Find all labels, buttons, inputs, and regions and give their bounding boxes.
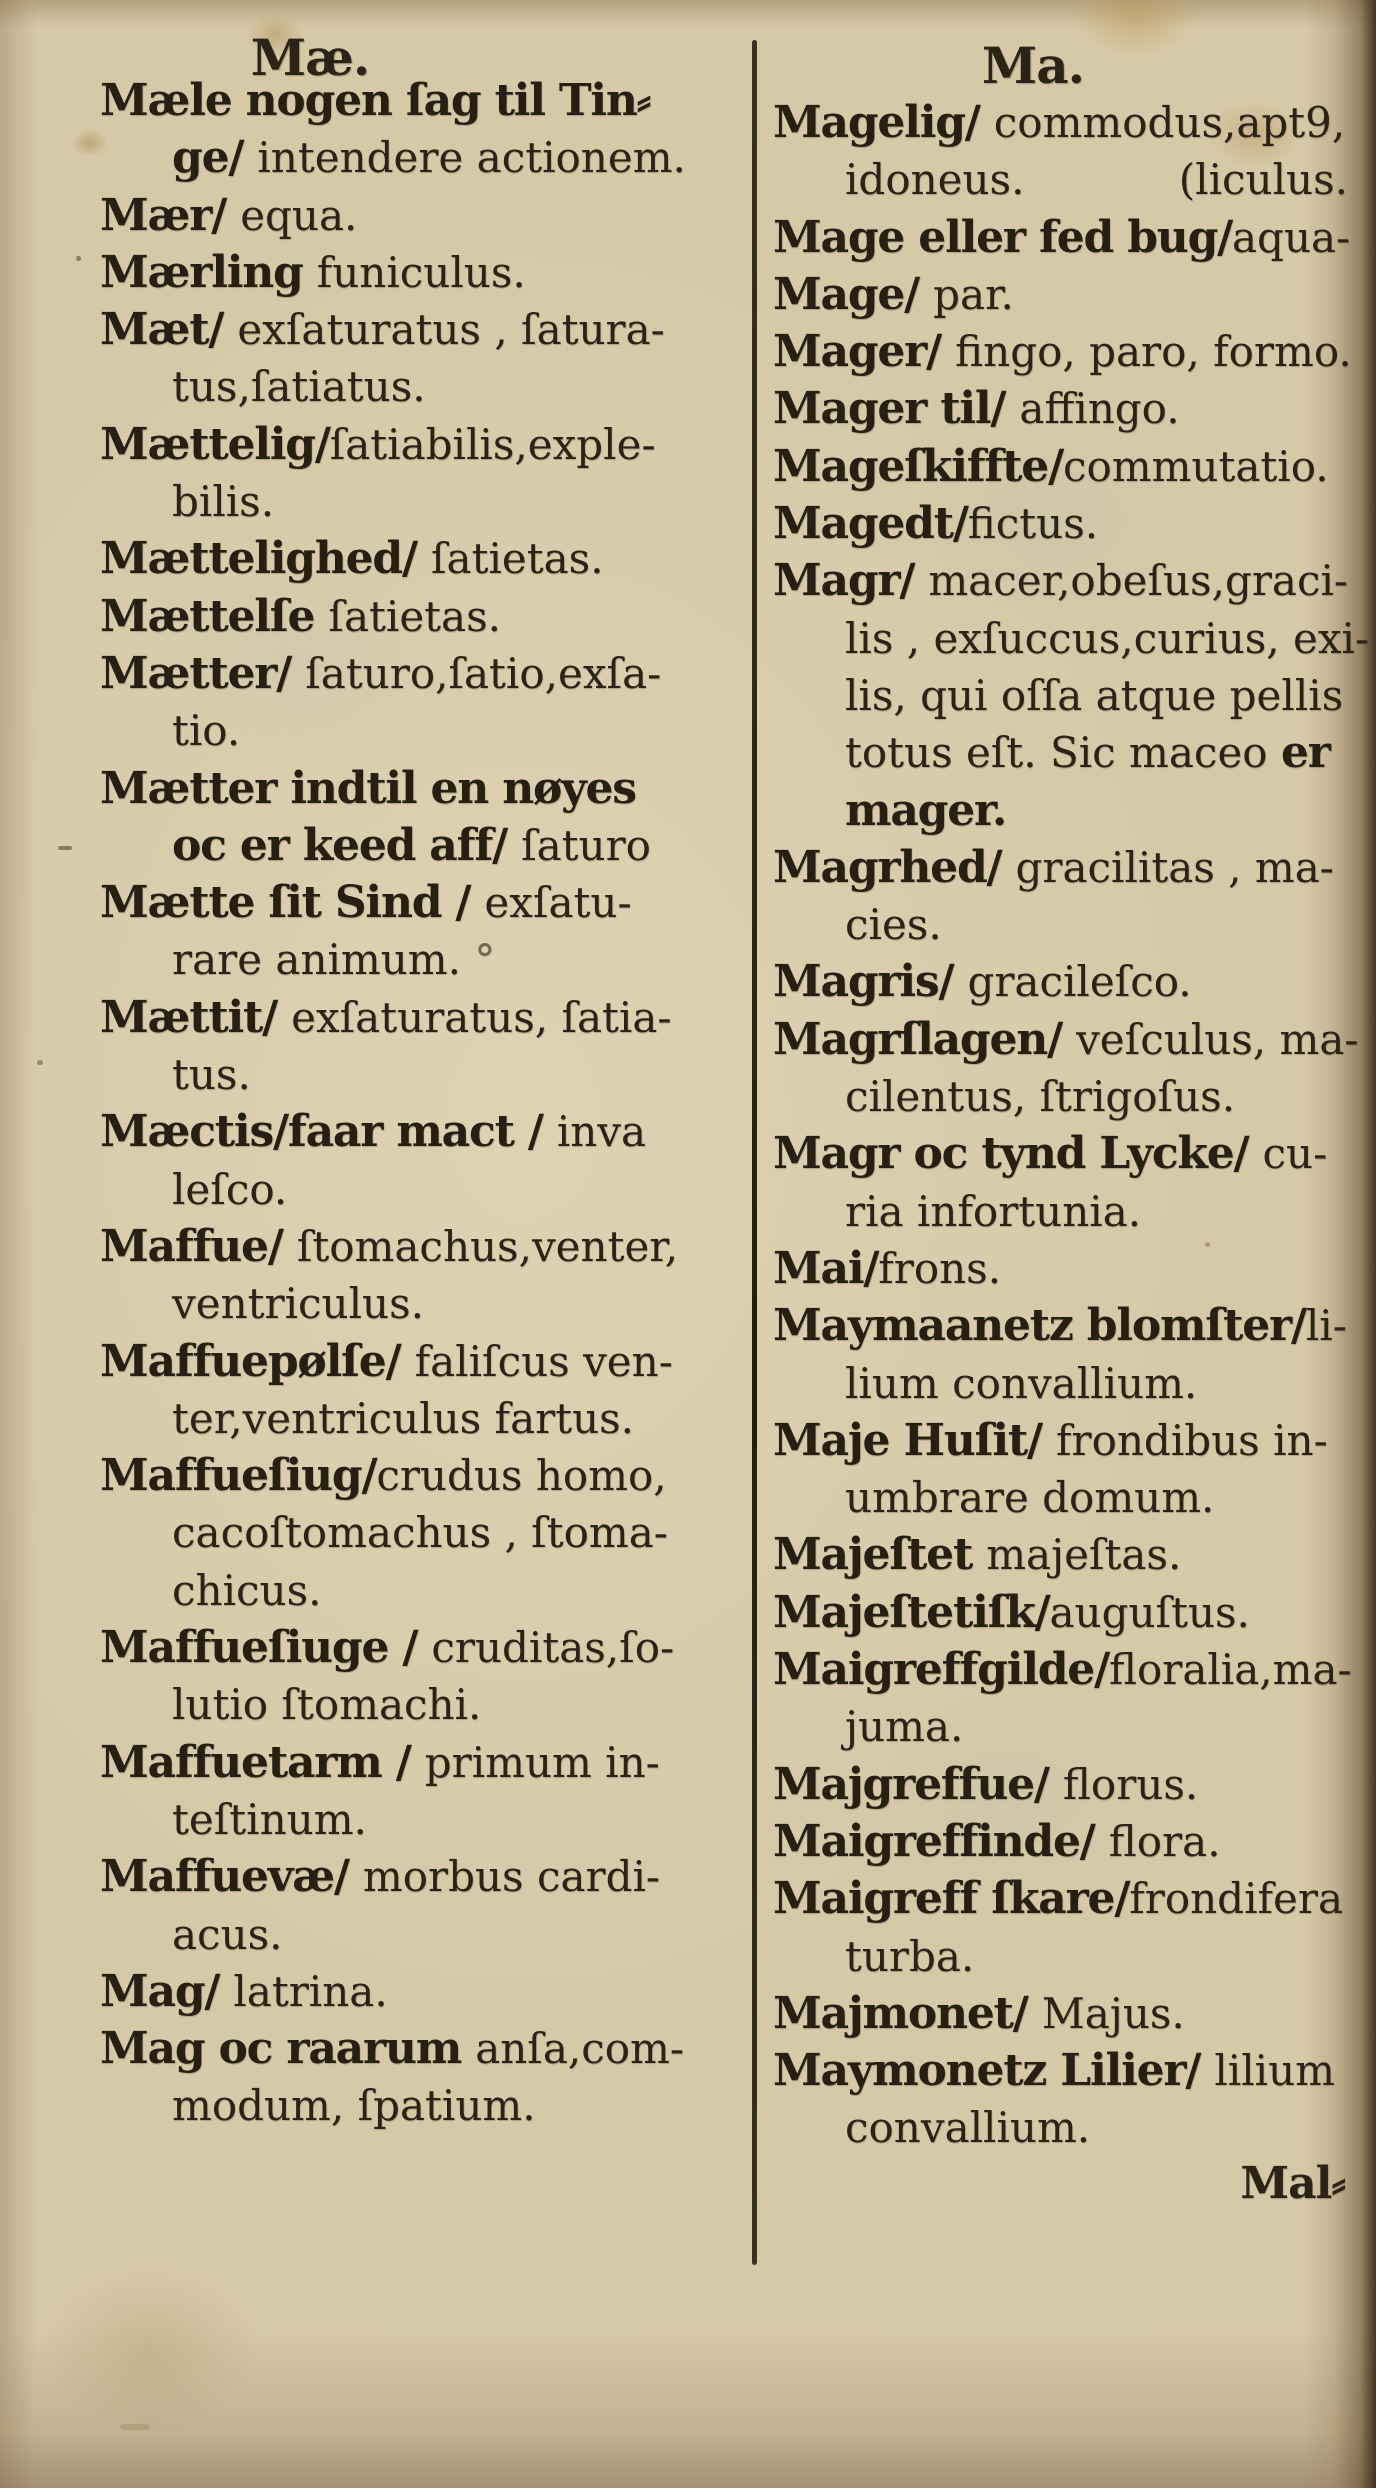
dict-line: Maigreffgilde/floralia,ma- bbox=[773, 1641, 1350, 1698]
dict-line: Maffueſiug/crudus homo, bbox=[100, 1447, 750, 1504]
latin-text: ſatiabilis,exple- bbox=[330, 420, 656, 469]
headword-text: Mættelighed/ bbox=[100, 533, 431, 584]
dict-line: Maffuepølſe/ faliſcus ven- bbox=[100, 1333, 750, 1390]
dict-line: Magelig/ commodus,apt9, bbox=[773, 94, 1350, 151]
dict-line: Maje Huſit/ frondibus in- bbox=[773, 1412, 1350, 1469]
headword-text: Maffuetarm / bbox=[100, 1737, 425, 1788]
headword-text: Maigreffgilde/ bbox=[773, 1644, 1109, 1695]
headword-text: Mai/ bbox=[773, 1243, 878, 1294]
latin-text: ſaturo,ſatio,exſa- bbox=[305, 649, 661, 698]
dict-line: totus eſt. Sic maceo er bbox=[773, 724, 1350, 781]
dict-line: Mag/ latrina. bbox=[100, 1963, 750, 2020]
latin-text: totus eſt. Sic maceo bbox=[845, 728, 1281, 777]
headword-text: Maigreffinde/ bbox=[773, 1816, 1109, 1867]
dict-line: mager. bbox=[773, 782, 1350, 839]
dict-line: Mætte ſit Sind / exſatu- bbox=[100, 874, 750, 931]
latin-text: frondifera bbox=[1129, 1874, 1343, 1923]
dict-line: Magr oc tynd Lycke/ cu- bbox=[773, 1125, 1350, 1182]
dict-line: cies. bbox=[773, 896, 1350, 953]
dict-line: Majeſtet majeſtas. bbox=[773, 1526, 1350, 1583]
dict-line: Mættelſe ſatietas. bbox=[100, 588, 750, 645]
latin-text: umbrare domum. bbox=[845, 1473, 1214, 1522]
latin-text: commodus,apt9, bbox=[994, 98, 1345, 147]
headword-text: Magr/ bbox=[773, 555, 928, 606]
dict-line: leſco. bbox=[100, 1161, 750, 1218]
headword-text: Mætter/ bbox=[100, 648, 305, 699]
latin-text: chicus. bbox=[172, 1566, 321, 1615]
dict-line: Magedt/fictus. bbox=[773, 495, 1350, 552]
dict-line: tio. bbox=[100, 702, 750, 759]
latin-text: lis , exſuccus,curius, exi- bbox=[845, 614, 1369, 663]
latin-text: florus. bbox=[1063, 1760, 1198, 1809]
latin-text: tio. bbox=[172, 706, 240, 755]
headword-text: Mættelſe bbox=[100, 591, 328, 642]
headword-text: Magedt/ bbox=[773, 498, 968, 549]
dict-line: lutio ſtomachi. bbox=[100, 1676, 750, 1733]
latin-text: funiculus. bbox=[317, 248, 526, 297]
headword-text: Maffue/ bbox=[100, 1221, 297, 1272]
dict-line: Mæt/ exſaturatus , ſatura- bbox=[100, 301, 750, 358]
latin-text: li- bbox=[1306, 1301, 1347, 1350]
latin-text: ventriculus. bbox=[172, 1279, 424, 1328]
latin-text: auguſtus. bbox=[1050, 1588, 1250, 1637]
dict-line: rare animum. ° bbox=[100, 931, 750, 988]
headword-text: Mætter indtil en nøyes bbox=[100, 763, 636, 814]
dict-line: Magrſlagen/ veſculus, ma- bbox=[773, 1011, 1350, 1068]
catchword-text: Mal⸗ bbox=[1240, 2158, 1345, 2209]
latin-text: exſaturatus, ſatia- bbox=[291, 993, 671, 1042]
headword-text: Magris/ bbox=[773, 956, 967, 1007]
dict-line: lis, qui oſſa atque pellis bbox=[773, 667, 1350, 724]
latin-text: ſtomachus,venter, bbox=[297, 1222, 678, 1271]
latin-text: ria infortunia. bbox=[845, 1187, 1141, 1236]
latin-text: gracilitas , ma- bbox=[1016, 843, 1334, 892]
dict-line: Mætter/ ſaturo,ſatio,exſa- bbox=[100, 645, 750, 702]
dict-line: Mær/ equa. bbox=[100, 187, 750, 244]
dict-line: Maffuevæ/ morbus cardi- bbox=[100, 1848, 750, 1905]
dict-line: umbrare domum. bbox=[773, 1469, 1350, 1526]
headword-text: Mæt/ bbox=[100, 304, 237, 355]
headword-text: er bbox=[1281, 727, 1330, 778]
headword-text: Maigreff ſkare/ bbox=[773, 1873, 1129, 1924]
dict-line: cacoſtomachus , ſtoma- bbox=[100, 1504, 750, 1561]
column-header-right: Ma. bbox=[773, 36, 1293, 96]
latin-text: cilentus, ſtrigoſus. bbox=[845, 1072, 1235, 1121]
dict-line: Mager til/ affingo. bbox=[773, 380, 1350, 437]
latin-text: convallium. bbox=[845, 2103, 1090, 2152]
headword-text: Maffueſiuge / bbox=[100, 1622, 431, 1673]
headword-text: Mager til/ bbox=[773, 383, 1019, 434]
dict-line: turba. bbox=[773, 1928, 1350, 1985]
headword-text: Magr oc tynd Lycke/ bbox=[773, 1128, 1263, 1179]
ink-speck bbox=[1205, 1242, 1210, 1247]
headword-text: Mæctis/faar mact / bbox=[100, 1106, 557, 1157]
dict-line: convallium. bbox=[773, 2099, 1350, 2156]
latin-text: ° bbox=[461, 935, 495, 984]
dict-line: acus. bbox=[100, 1906, 750, 1963]
dict-line: ter,ventriculus fartus. bbox=[100, 1390, 750, 1447]
latin-text: ſatietas. bbox=[328, 592, 501, 641]
dict-line: Mættelighed/ ſatietas. bbox=[100, 530, 750, 587]
headword-text: Maymaanetz blomſter/ bbox=[773, 1300, 1306, 1351]
dict-line: Magrhed/ gracilitas , ma- bbox=[773, 839, 1350, 896]
headword-text: Majgreffue/ bbox=[773, 1759, 1063, 1810]
headword-text: mager. bbox=[845, 785, 1006, 836]
dict-line: Mageſkiffte/commutatio. bbox=[773, 438, 1350, 495]
latin-text: commutatio. bbox=[1063, 442, 1329, 491]
latin-text: Majus. bbox=[1042, 1989, 1185, 2038]
latin-text: tus,ſatiatus. bbox=[172, 362, 426, 411]
latin-text: anſa,com- bbox=[475, 2024, 684, 2073]
dict-line: Majeſtetiſk/auguſtus. bbox=[773, 1584, 1350, 1641]
latin-text: morbus cardi- bbox=[363, 1852, 660, 1901]
dict-line: Magr/ macer,obeſus,graci- bbox=[773, 552, 1350, 609]
headword-text: Mætte ſit Sind / bbox=[100, 877, 484, 928]
dict-line: Maffueſiuge / cruditas,ſo- bbox=[100, 1619, 750, 1676]
dict-line: Mage eller fed bug/aqua- bbox=[773, 209, 1350, 266]
headword-text: Majeſtet bbox=[773, 1529, 986, 1580]
latin-text: lium convallium. bbox=[845, 1359, 1197, 1408]
ink-speck bbox=[76, 256, 81, 261]
latin-text: affingo. bbox=[1019, 384, 1179, 433]
latin-text: aqua- bbox=[1232, 213, 1350, 262]
latin-text: acus. bbox=[172, 1910, 283, 1959]
dict-line: ria infortunia. bbox=[773, 1183, 1350, 1240]
latin-text: ter,ventriculus fartus. bbox=[172, 1394, 634, 1443]
latin-text: cruditas,ſo- bbox=[431, 1623, 674, 1672]
dict-line: Majmonet/ Majus. bbox=[773, 1985, 1350, 2042]
dict-line: Mættelig/ſatiabilis,exple- bbox=[100, 416, 750, 473]
latin-text: exſaturatus , ſatura- bbox=[237, 305, 665, 354]
latin-text: leſco. bbox=[172, 1165, 287, 1214]
latin-text: tus. bbox=[172, 1050, 251, 1099]
ink-speck bbox=[58, 846, 72, 850]
dict-line: modum, ſpatium. bbox=[100, 2077, 750, 2134]
latin-text: cies. bbox=[845, 900, 942, 949]
latin-text: frons. bbox=[878, 1244, 1001, 1293]
right-column: Magelig/ commodus,apt9,idoneus.(liculus.… bbox=[773, 94, 1350, 2157]
latin-text: bilis. bbox=[172, 477, 274, 526]
latin-text: crudus homo, bbox=[376, 1451, 666, 1500]
headword-text: Mager/ bbox=[773, 326, 955, 377]
dict-line: idoneus.(liculus. bbox=[773, 151, 1350, 208]
latin-text: turba. bbox=[845, 1932, 974, 1981]
dict-line: Maymaanetz blomſter/li- bbox=[773, 1297, 1350, 1354]
ink-speck bbox=[120, 2424, 150, 2430]
latin-text: flora. bbox=[1109, 1817, 1221, 1866]
latin-text: equa. bbox=[240, 191, 357, 240]
latin-text: exſatu- bbox=[484, 878, 631, 927]
headword-text: Maje Huſit/ bbox=[773, 1415, 1056, 1466]
latin-text: ſaturo bbox=[521, 821, 651, 870]
latin-text: fictus. bbox=[968, 499, 1098, 548]
dict-line: bilis. bbox=[100, 473, 750, 530]
headword-text: Maffuevæ/ bbox=[100, 1851, 363, 1902]
headword-text: Mage/ bbox=[773, 269, 933, 320]
scanned-page: Mæ. Ma. Mæle nogen ſag til Tin⸗ge/ inten… bbox=[0, 0, 1376, 2488]
latin-text: macer,obeſus,graci- bbox=[928, 556, 1348, 605]
headword-text: Maffuepølſe/ bbox=[100, 1336, 415, 1387]
headword-text: Mærling bbox=[100, 247, 317, 298]
dict-line: Maffue/ ſtomachus,venter, bbox=[100, 1218, 750, 1275]
headword-text: Mæle nogen ſag til Tin⸗ bbox=[100, 75, 650, 126]
latin-text: veſculus, ma- bbox=[1076, 1015, 1359, 1064]
dict-line: Mættit/ exſaturatus, ſatia- bbox=[100, 989, 750, 1046]
dict-line: tus. bbox=[100, 1046, 750, 1103]
dict-line: teſtinum. bbox=[100, 1791, 750, 1848]
latin-text: teſtinum. bbox=[172, 1795, 367, 1844]
dict-line: Maigreff ſkare/frondifera bbox=[773, 1870, 1350, 1927]
dict-line: Mætter indtil en nøyes bbox=[100, 760, 750, 817]
latin-text: idoneus. bbox=[845, 155, 1024, 204]
dict-line: Mæle nogen ſag til Tin⸗ bbox=[100, 72, 750, 129]
dict-line: lis , exſuccus,curius, exi- bbox=[773, 610, 1350, 667]
headword-text: Magrſlagen/ bbox=[773, 1014, 1076, 1065]
left-column: Mæle nogen ſag til Tin⸗ge/ intendere act… bbox=[100, 72, 750, 2135]
headword-text: Magrhed/ bbox=[773, 842, 1016, 893]
latin-text: inva bbox=[557, 1107, 646, 1156]
dict-line: Mage/ par. bbox=[773, 266, 1350, 323]
latin-text: par. bbox=[933, 270, 1014, 319]
headword-text: Mag oc raarum bbox=[100, 2023, 475, 2074]
latin-text: latrina. bbox=[233, 1967, 387, 2016]
dict-line: ventriculus. bbox=[100, 1275, 750, 1332]
dict-line: lium convallium. bbox=[773, 1355, 1350, 1412]
latin-text: primum in- bbox=[425, 1738, 660, 1787]
dict-line: Mai/frons. bbox=[773, 1240, 1350, 1297]
latin-text: fingo, paro, formo. bbox=[955, 327, 1352, 376]
headword-text: Magelig/ bbox=[773, 97, 994, 148]
latin-text: juma. bbox=[845, 1702, 963, 1751]
latin-text: faliſcus ven- bbox=[415, 1337, 673, 1386]
latin-text: (liculus. bbox=[1179, 151, 1348, 208]
headword-text: Majmonet/ bbox=[773, 1988, 1042, 2039]
dict-line: chicus. bbox=[100, 1562, 750, 1619]
latin-text: majeſtas. bbox=[986, 1530, 1181, 1579]
dict-line: Mager/ fingo, paro, formo. bbox=[773, 323, 1350, 380]
headword-text: Maffueſiug/ bbox=[100, 1450, 376, 1501]
dict-line: ge/ intendere actionem. bbox=[100, 129, 750, 186]
headword-text: Mageſkiffte/ bbox=[773, 441, 1063, 492]
latin-text: modum, ſpatium. bbox=[172, 2081, 536, 2130]
column-divider-rule bbox=[752, 40, 757, 2265]
dict-line: Mæctis/faar mact / inva bbox=[100, 1103, 750, 1160]
latin-text: intendere actionem. bbox=[257, 133, 686, 182]
dict-line: Mærling funiculus. bbox=[100, 244, 750, 301]
headword-text: Mage eller fed bug/ bbox=[773, 212, 1232, 263]
dict-line: Maffuetarm / primum in- bbox=[100, 1734, 750, 1791]
dict-line: tus,ſatiatus. bbox=[100, 358, 750, 415]
headword-text: Maymonetz Lilier/ bbox=[773, 2045, 1214, 2096]
dict-line: Maymonetz Lilier/ lilium bbox=[773, 2042, 1350, 2099]
headword-text: Mag/ bbox=[100, 1966, 233, 2017]
headword-text: Mættelig/ bbox=[100, 419, 330, 470]
latin-text: cacoſtomachus , ſtoma- bbox=[172, 1508, 668, 1557]
headword-text: oc er keed aff/ bbox=[172, 820, 521, 871]
catchword: Mal⸗ bbox=[773, 2158, 1345, 2209]
latin-text: ſatietas. bbox=[431, 534, 604, 583]
latin-text: lilium bbox=[1214, 2046, 1335, 2095]
headword-text: Mættit/ bbox=[100, 992, 291, 1043]
latin-text: lis, qui oſſa atque pellis bbox=[845, 671, 1343, 720]
dict-line: juma. bbox=[773, 1698, 1350, 1755]
latin-text: cu- bbox=[1263, 1129, 1328, 1178]
latin-text: frondibus in- bbox=[1056, 1416, 1328, 1465]
headword-text: Mær/ bbox=[100, 190, 240, 241]
latin-text: rare animum. bbox=[172, 935, 461, 984]
dict-line: Majgreffue/ florus. bbox=[773, 1756, 1350, 1813]
headword-text: Majeſtetiſk/ bbox=[773, 1587, 1050, 1638]
dict-line: oc er keed aff/ ſaturo bbox=[100, 817, 750, 874]
latin-text: floralia,ma- bbox=[1109, 1645, 1352, 1694]
header-text: Ma. bbox=[982, 36, 1084, 95]
dict-line: cilentus, ſtrigoſus. bbox=[773, 1068, 1350, 1125]
headword-text: ge/ bbox=[172, 132, 257, 183]
ink-speck bbox=[37, 1060, 43, 1065]
latin-text: gracileſco. bbox=[967, 957, 1191, 1006]
latin-text: lutio ſtomachi. bbox=[172, 1680, 481, 1729]
dict-line: Magris/ gracileſco. bbox=[773, 953, 1350, 1010]
dict-line: Mag oc raarum anſa,com- bbox=[100, 2020, 750, 2077]
dict-line: Maigreffinde/ flora. bbox=[773, 1813, 1350, 1870]
